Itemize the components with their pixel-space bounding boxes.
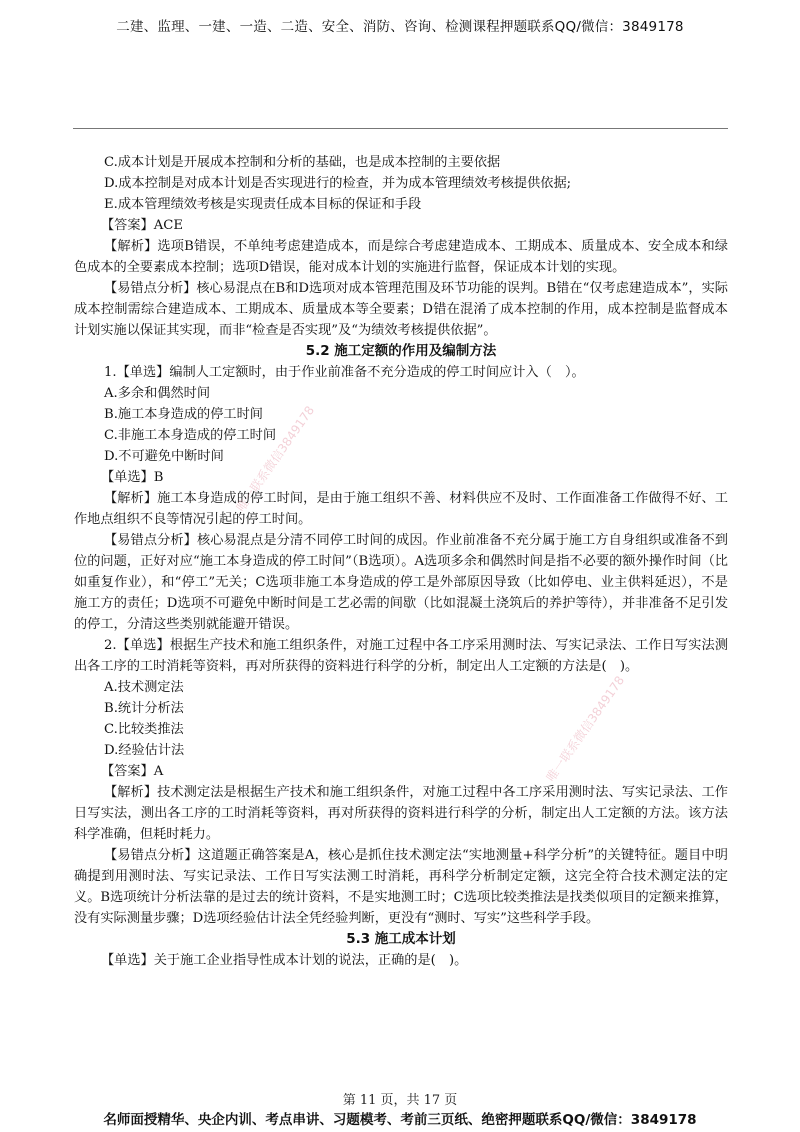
paragraph: 【答案】A [74, 761, 728, 782]
page-footer: 名师面授精华、央企内训、考点串讲、习题模考、考前三页纸、绝密押题联系QQ/微信：… [0, 1108, 800, 1128]
paragraph: 【解析】技术测定法是根据生产技术和施工组织条件，对施工过程中各工序采用测时法、写… [74, 782, 728, 845]
paragraph: 【解析】施工本身造成的停工时间，是由于施工组织不善、材料供应不及时、工作面准备工… [74, 488, 728, 530]
header-divider [73, 128, 728, 129]
page-number: 第 11 页，共 17 页 [0, 1089, 800, 1108]
paragraph: 【易错点分析】核心易混点在B和D选项对成本管理范围及环节功能的误判。B错在“仅考… [74, 278, 728, 341]
paragraph: 【易错点分析】核心易混点是分清不同停工时间的成因。作业前准备不充分属于施工方自身… [74, 530, 728, 635]
paragraph: D.不可避免中断时间 [74, 446, 728, 467]
section-heading: 5.2 施工定额的作用及编制方法 [74, 341, 728, 362]
paragraph: A.多余和偶然时间 [74, 383, 728, 404]
paragraph: D.经验估计法 [74, 740, 728, 761]
section-heading: 5.3 施工成本计划 [74, 929, 728, 950]
paragraph: 2.【单选】根据生产技术和施工组织条件，对施工过程中各工序采用测时法、写实记录法… [74, 635, 728, 677]
paragraph: 【单选】关于施工企业指导性成本计划的说法，正确的是( )。 [74, 950, 728, 971]
page-header: 二建、监理、一建、一造、二造、安全、消防、咨询、检测课程押题联系QQ/微信：38… [0, 15, 800, 35]
paragraph: 【答案】ACE [74, 215, 728, 236]
paragraph: 【易错点分析】这道题正确答案是A，核心是抓住技术测定法“实地测量+科学分析”的关… [74, 845, 728, 929]
paragraph: 【解析】选项B错误，不单纯考虑建造成本，而是综合考虑建造成本、工期成本、质量成本… [74, 236, 728, 278]
document-body: C.成本计划是开展成本控制和分析的基础，也是成本控制的主要依据D.成本控制是对成… [74, 152, 728, 971]
paragraph: D.成本控制是对成本计划是否实现进行的检查，并为成本管理绩效考核提供依据; [74, 173, 728, 194]
paragraph: 【单选】B [74, 467, 728, 488]
paragraph: C.成本计划是开展成本控制和分析的基础，也是成本控制的主要依据 [74, 152, 728, 173]
paragraph: B.施工本身造成的停工时间 [74, 404, 728, 425]
paragraph: A.技术测定法 [74, 677, 728, 698]
paragraph: C.比较类推法 [74, 719, 728, 740]
paragraph: 1.【单选】编制人工定额时，由于作业前准备不充分造成的停工时间应计入（ ）。 [74, 362, 728, 383]
paragraph: B.统计分析法 [74, 698, 728, 719]
paragraph: E.成本管理绩效考核是实现责任成本目标的保证和手段 [74, 194, 728, 215]
paragraph: C.非施工本身造成的停工时间 [74, 425, 728, 446]
